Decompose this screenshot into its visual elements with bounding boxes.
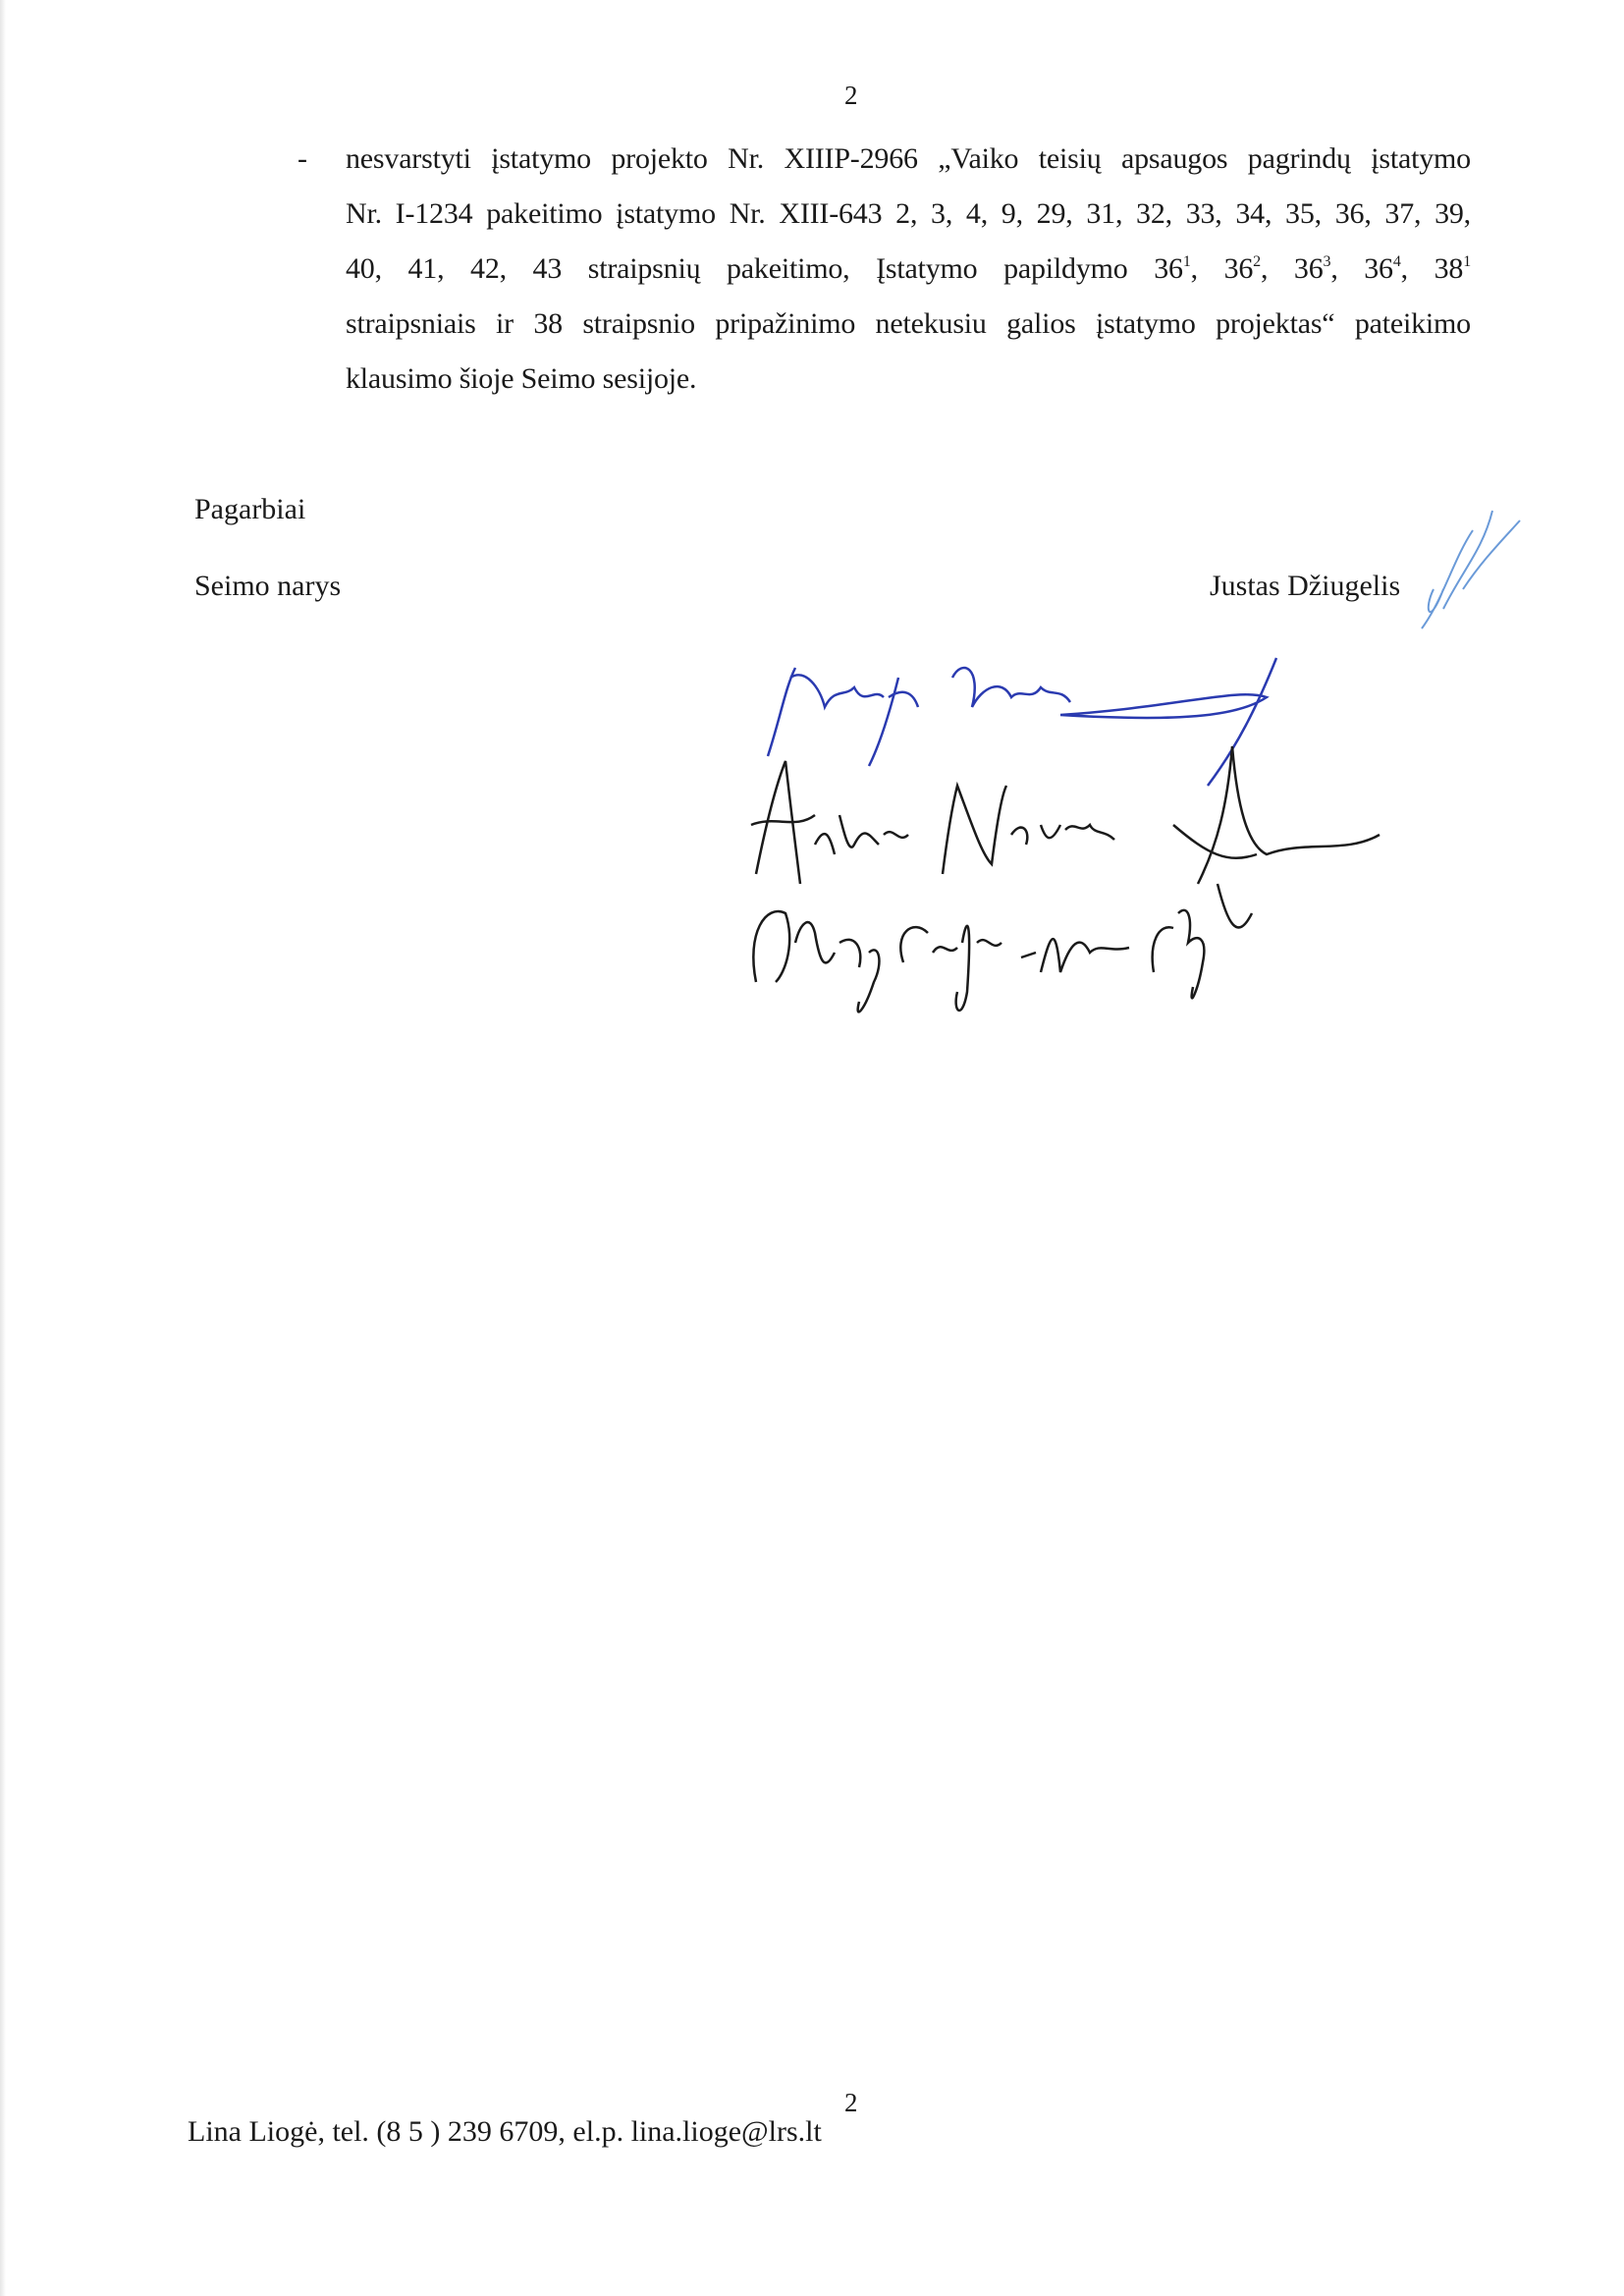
paragraph-line-1: nesvarstyti įstatymo projekto Nr. XIIIP-… — [346, 132, 1471, 187]
signature-line-3 — [753, 884, 1252, 1011]
superscript: 4 — [1393, 253, 1401, 270]
list-bullet: - — [298, 132, 307, 187]
paragraph-line-3: 40, 41, 42, 43 straipsnių pakeitimo, Įst… — [346, 242, 1471, 297]
footer-page-number: 2 — [844, 2088, 858, 2118]
footer-contact: Lina Liogė, tel. (8 5 ) 239 6709, el.p. … — [188, 2115, 822, 2149]
signature-line-2 — [751, 746, 1380, 884]
superscript: 1 — [1183, 253, 1191, 270]
document-page: 2 - nesvarstyti įstatymo projekto Nr. XI… — [0, 0, 1624, 2296]
signature-dziugelis — [1422, 511, 1520, 629]
body-paragraph: nesvarstyti įstatymo projekto Nr. XIIIP-… — [346, 132, 1471, 407]
paragraph-line-4: straipsniais ir 38 straipsnio pripažinim… — [346, 297, 1471, 352]
paragraph-line-5: klausimo šioje Seimo sesijoje. — [346, 352, 1471, 407]
paragraph-line-2: Nr. I-1234 pakeitimo įstatymo Nr. XIII-6… — [346, 187, 1471, 242]
superscript: 1 — [1463, 253, 1471, 270]
closing-salutation: Pagarbiai — [194, 493, 305, 526]
scan-edge-shadow — [0, 0, 6, 2296]
superscript: 2 — [1253, 253, 1261, 270]
signer-name: Justas Džiugelis — [1210, 570, 1400, 603]
page-number-header: 2 — [844, 81, 858, 111]
signature-line-1 — [768, 658, 1276, 786]
signer-role: Seimo narys — [194, 570, 341, 603]
superscript: 3 — [1324, 253, 1331, 270]
